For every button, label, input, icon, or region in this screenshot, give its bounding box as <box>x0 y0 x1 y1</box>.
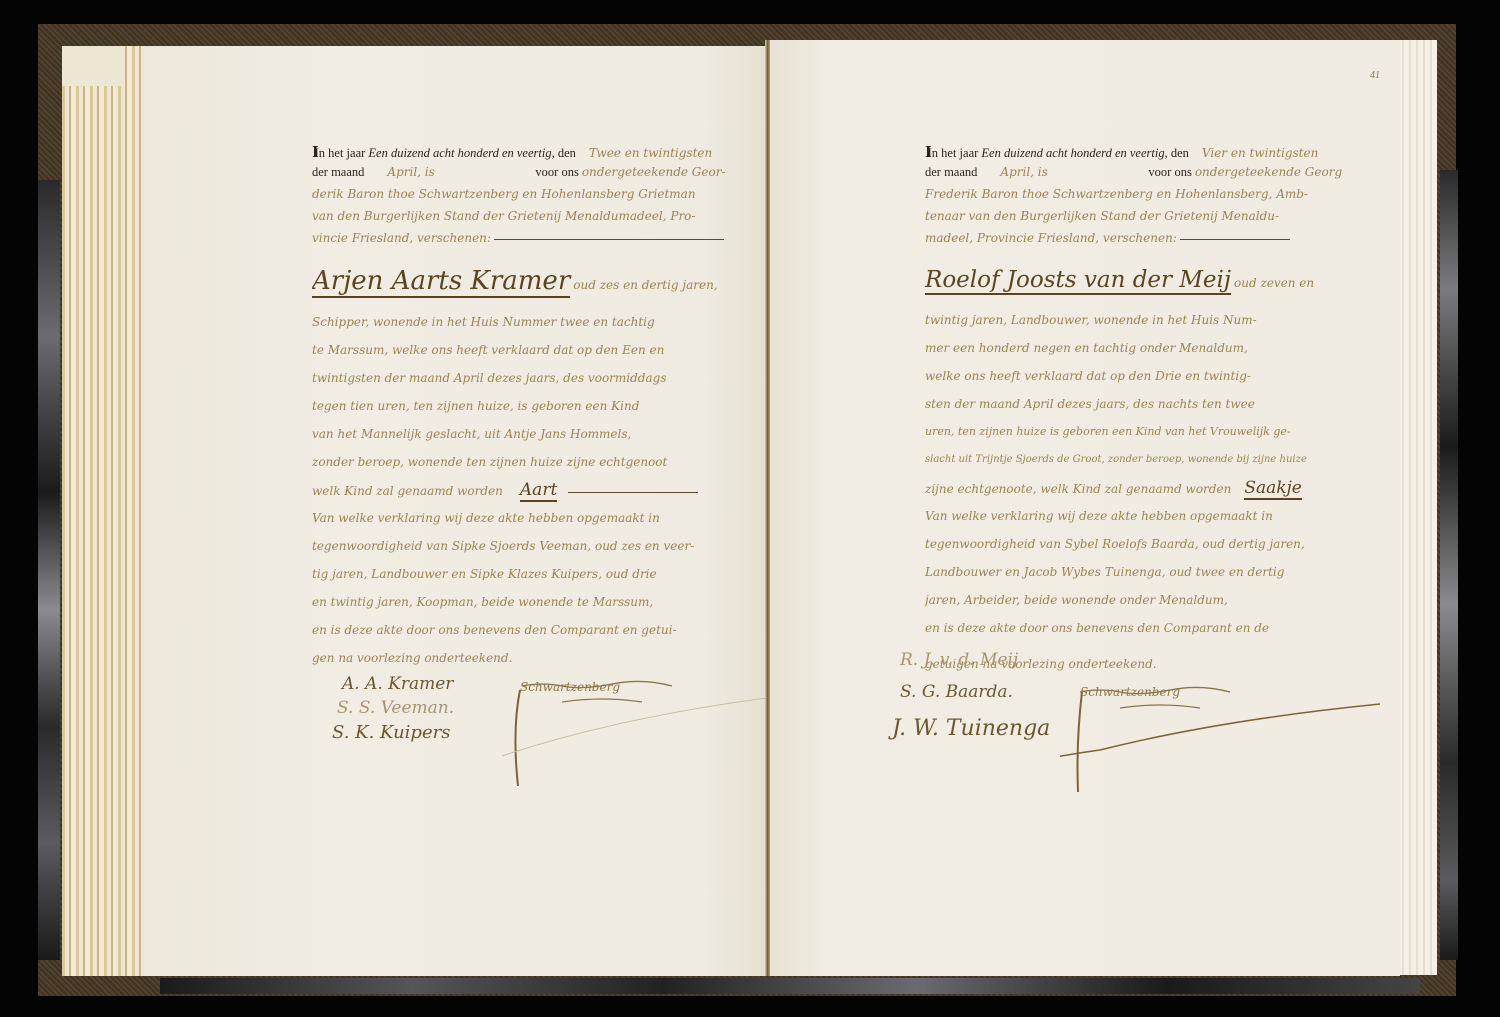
page-edges-left <box>62 46 147 976</box>
hand-official-4: vincie Friesland, verschenen: <box>312 231 491 245</box>
witness-line: gen na voorlezing onderteekend. <box>312 644 792 672</box>
witness-line: tegenwoordigheid van Sipke Sjoerds Veema… <box>312 532 792 560</box>
witness-line: Van welke verklaring wij deze akte hebbe… <box>312 504 792 532</box>
signature-witness-1: S. G. Baarda. <box>900 682 1013 702</box>
marbled-board-bottom <box>160 978 1420 994</box>
declarant-name: Roelof Joosts van der Meij <box>925 267 1231 295</box>
declarant-line: Roelof Joosts van der Meij oud zeven en <box>925 260 1405 306</box>
text-line: sten der maand April dezes jaars, des na… <box>925 390 1405 418</box>
printed-voor-ons: voor ons <box>1148 165 1191 179</box>
declarant-name: Arjen Aarts Kramer <box>312 266 570 298</box>
signature-witness-2: S. K. Kuipers <box>332 722 450 743</box>
text-line: oud zes en dertig jaren, <box>573 278 717 292</box>
folio-number: 41 <box>1370 70 1380 81</box>
left-page: IIn het jaar Een duizend acht honderd en… <box>142 46 767 976</box>
declarant-line: Arjen Aarts Kramer oud zes en dertig jar… <box>312 262 792 308</box>
marbled-board-left <box>38 180 60 960</box>
right-page: 41 IIn het jaar Een duizend acht honderd… <box>770 40 1400 976</box>
official-signature: Schwartzenberg <box>1080 685 1180 699</box>
witness-line: en is deze akte door ons benevens den Co… <box>312 616 792 644</box>
hand-official-line-4: madeel, Provincie Friesland, verschenen: <box>925 224 1405 252</box>
text-line: zijne echtgenoote, welk Kind zal genaamd… <box>925 482 1231 496</box>
text-line: zonder beroep, wonende ten zijnen huize … <box>312 448 792 476</box>
child-name: Aart <box>520 480 557 502</box>
birth-record-left: IIn het jaar Een duizend acht honderd en… <box>312 138 792 672</box>
text-line: welk Kind zal genaamd worden <box>312 484 503 498</box>
hand-official-1: ondergeteekende Geor- <box>582 165 726 179</box>
witness-line: en twintig jaren, Koopman, beide wonende… <box>312 588 792 616</box>
text-line: twintigsten der maand April dezes jaars,… <box>312 364 792 392</box>
signature-witness-1: S. S. Veeman. <box>337 698 454 718</box>
child-name-line: welk Kind zal genaamd worden Aart <box>312 476 792 504</box>
printed-der-maand: der maand <box>925 165 977 179</box>
printed-voor-ons: voor ons <box>535 165 578 179</box>
witness-line: tig jaren, Landbouwer en Sipke Klazes Ku… <box>312 560 792 588</box>
signature-witness-2: J. W. Tuinenga <box>892 716 1050 741</box>
witness-line: Van welke verklaring wij deze akte hebbe… <box>925 502 1405 530</box>
text-line: te Marssum, welke ons heeft verklaard da… <box>312 336 792 364</box>
text-line: twintig jaren, Landbouwer, wonende in he… <box>925 306 1405 334</box>
text-line: uren, ten zijnen huize is geboren een Ki… <box>925 418 1405 446</box>
child-name: Saakje <box>1244 478 1302 500</box>
hand-official-line-4: vincie Friesland, verschenen: <box>312 224 792 252</box>
witness-line: jaren, Arbeider, beide wonende onder Men… <box>925 586 1405 614</box>
hand-official-4: madeel, Provincie Friesland, verschenen: <box>925 231 1177 245</box>
text-line: welke ons heeft verklaard dat op den Dri… <box>925 362 1405 390</box>
text-line: tegen tien uren, ten zijnen huize, is ge… <box>312 392 792 420</box>
witness-line: en is deze akte door ons benevens den Co… <box>925 614 1405 642</box>
text-line: oud zeven en <box>1234 276 1314 290</box>
text-line: van het Mannelijk geslacht, uit Antje Ja… <box>312 420 792 448</box>
hand-official-1: ondergeteekende Georg <box>1195 165 1342 179</box>
witness-line: Landbouwer en Jacob Wybes Tuinenga, oud … <box>925 558 1405 586</box>
signature-declarant: A. A. Kramer <box>342 674 453 694</box>
text-line: Schipper, wonende in het Huis Nummer twe… <box>312 308 792 336</box>
signature-declarant: R. J. v. d. Meij <box>900 650 1018 670</box>
witness-line: tegenwoordigheid van Sybel Roelofs Baard… <box>925 530 1405 558</box>
birth-record-right: IIn het jaar Een duizend acht honderd en… <box>925 138 1405 678</box>
text-line: slacht uit Trijntje Sjoerds de Groot, zo… <box>925 446 1405 474</box>
text-line: mer een honderd negen en tachtig onder M… <box>925 334 1405 362</box>
child-name-line: zijne echtgenoote, welk Kind zal genaamd… <box>925 474 1405 502</box>
official-signature: Schwartzenberg <box>520 680 620 694</box>
marbled-board-right <box>1440 170 1458 960</box>
printed-der-maand: der maand <box>312 165 364 179</box>
